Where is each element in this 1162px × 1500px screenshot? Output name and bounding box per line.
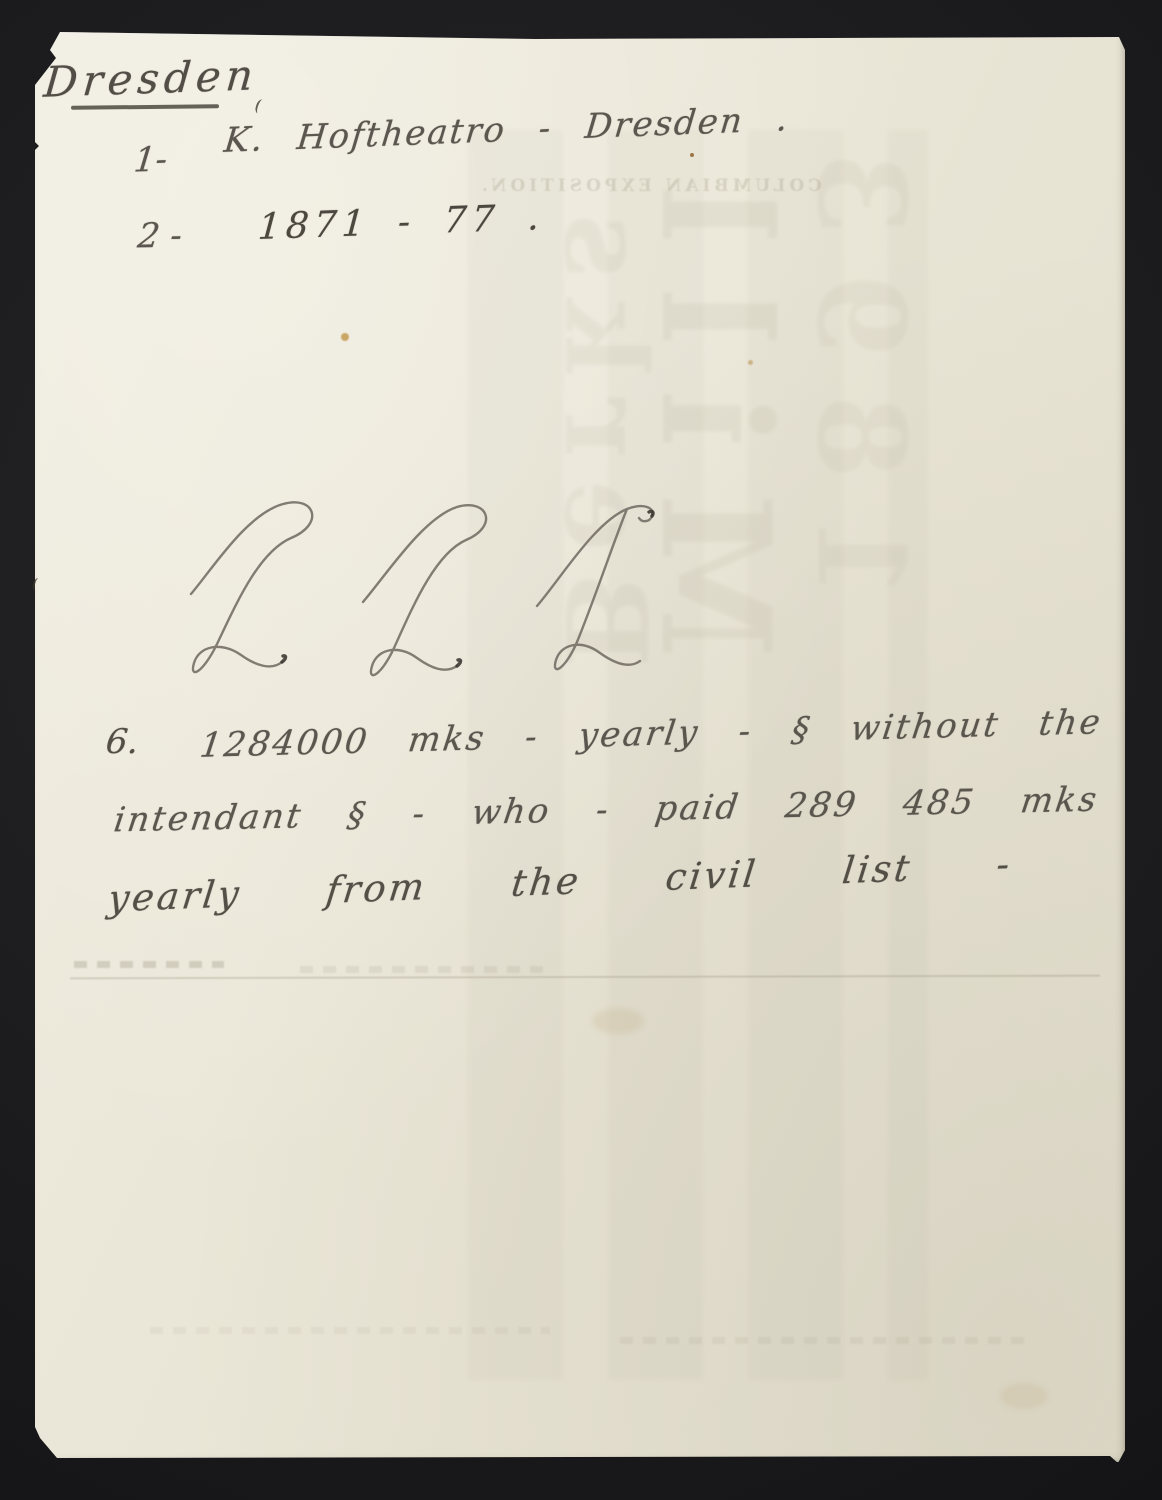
photograph-of-document: COLUMBIAN EXPOSITION. Berks Mill 1893 Dr… xyxy=(0,0,1162,1500)
ghost-small-text-row xyxy=(620,1337,1032,1344)
heading-dresden: Dresden xyxy=(42,50,260,107)
ghost-small-text-row xyxy=(150,1327,550,1334)
ghost-small-text-row xyxy=(300,966,550,973)
list-item-2-number: 2 - xyxy=(136,216,185,257)
pen-practice-strokes xyxy=(185,498,695,688)
list-item-1-number: 1- xyxy=(132,139,169,180)
ghost-small-text-row xyxy=(74,961,224,968)
note-number: 6. xyxy=(104,722,141,762)
